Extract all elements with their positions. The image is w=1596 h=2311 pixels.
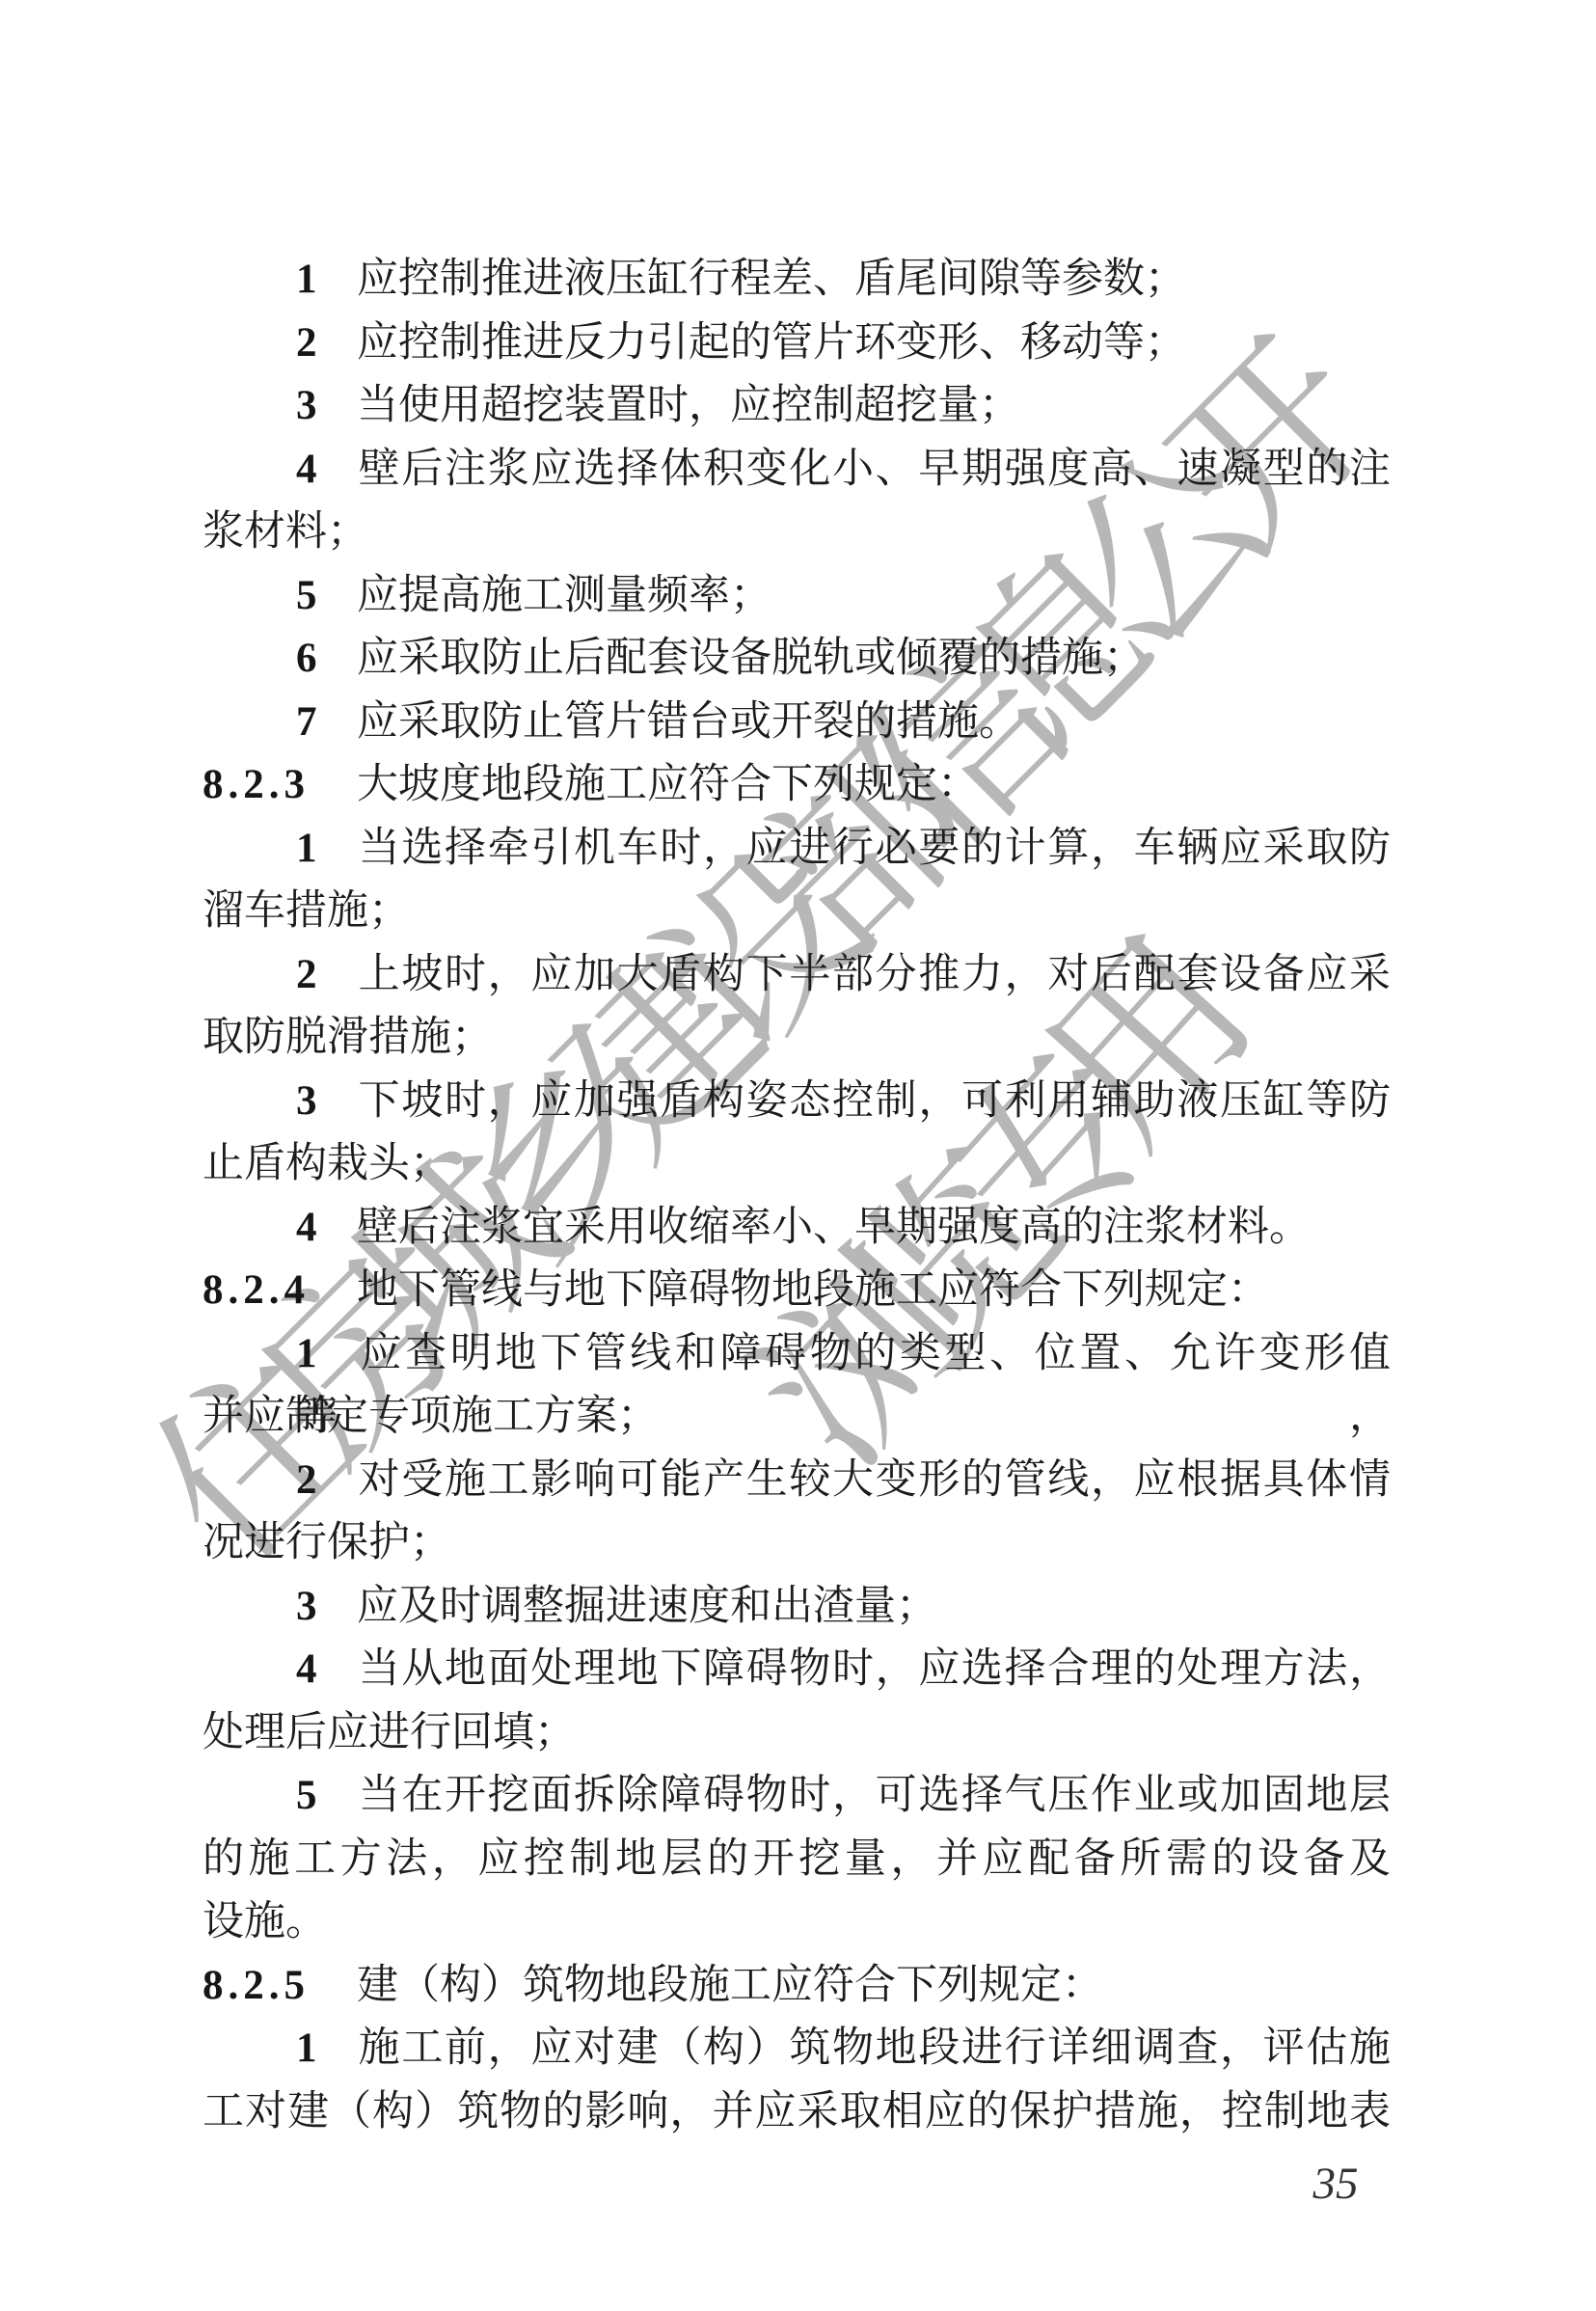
section-number: 8.2.3 [203, 753, 357, 817]
text-line: 2应控制推进反力引起的管片环变形、移动等； [203, 312, 1391, 375]
line-text: 取防脱滑措施； [203, 1015, 493, 1060]
line-text: 当选择牵引机车时，应进行必要的计算，车辆应采取防 [357, 826, 1391, 871]
line-text: 设施。 [203, 1899, 327, 1944]
line-text: 溜车措施； [203, 888, 410, 934]
text-line: 况进行保护； [203, 1511, 1391, 1575]
line-text: 止盾构栽头； [203, 1141, 451, 1186]
line-text: 应提高施工测量频率； [357, 573, 771, 618]
line-text: 大坡度地段施工应符合下列规定： [357, 762, 979, 807]
text-line: 的施工方法，应控制地层的开挖量，并应配备所需的设备及 [203, 1828, 1391, 1891]
text-line: 浆材料； [203, 501, 1391, 564]
section-line: 8.2.3大坡度地段施工应符合下列规定： [203, 753, 1391, 817]
line-text: 工对建（构）筑物的影响，并应采取相应的保护措施，控制地表 [203, 2089, 1391, 2134]
text-line: 取防脱滑措施； [203, 1006, 1391, 1070]
line-text: 应采取防止后配套设备脱轨或倾覆的措施； [357, 636, 1145, 681]
line-text: 况进行保护； [203, 1520, 451, 1565]
text-line: 7应采取防止管片错台或开裂的措施。 [203, 691, 1391, 754]
item-number: 1 [296, 817, 357, 881]
text-line: 2对受施工影响可能产生较大变形的管线，应根据具体情 [203, 1449, 1391, 1512]
line-text: 地下管线与地下障碍物地段施工应符合下列规定： [357, 1267, 1269, 1313]
line-text: 应控制推进反力引起的管片环变形、移动等； [357, 320, 1186, 366]
item-number: 2 [296, 943, 357, 1007]
text-line: 4壁后注浆宜采用收缩率小、早期强度高的注浆材料。 [203, 1196, 1391, 1260]
text-line: 1应控制推进液压缸行程差、盾尾间隙等参数； [203, 248, 1391, 312]
line-text: 对受施工影响可能产生较大变形的管线，应根据具体情 [357, 1457, 1391, 1503]
text-line: 处理后应进行回填； [203, 1701, 1391, 1765]
section-number: 8.2.4 [203, 1259, 357, 1322]
text-line: 1应查明地下管线和障碍物的类型、位置、允许变形值等， [203, 1322, 1391, 1386]
item-number: 4 [296, 438, 357, 502]
item-number: 3 [296, 374, 357, 438]
line-text: 处理后应进行回填； [203, 1710, 576, 1755]
line-text: 并应制定专项施工方案； [203, 1394, 659, 1439]
line-text: 当从地面处理地下障碍物时，应选择合理的处理方法， [357, 1646, 1391, 1692]
text-line: 溜车措施； [203, 880, 1391, 943]
page-number: 35 [1297, 2157, 1374, 2211]
text-line: 1当选择牵引机车时，应进行必要的计算，车辆应采取防 [203, 817, 1391, 881]
line-text: 施工前，应对建（构）筑物地段进行详细调查，评估施 [357, 2026, 1391, 2071]
text-line: 4当从地面处理地下障碍物时，应选择合理的处理方法， [203, 1638, 1391, 1701]
item-number: 2 [296, 312, 357, 375]
text-line: 3当使用超挖装置时，应控制超挖量； [203, 374, 1391, 438]
line-text: 壁后注浆应选择体积变化小、早期强度高、速凝型的注 [357, 447, 1391, 492]
item-number: 2 [296, 1449, 357, 1512]
line-text: 应采取防止管片错台或开裂的措施。 [357, 699, 1020, 745]
line-text: 壁后注浆宜采用收缩率小、早期强度高的注浆材料。 [357, 1205, 1311, 1250]
line-text: 下坡时，应加强盾构姿态控制，可利用辅助液压缸等防 [357, 1078, 1391, 1124]
item-number: 1 [296, 2017, 357, 2080]
text-line: 5应提高施工测量频率； [203, 564, 1391, 628]
item-number: 4 [296, 1638, 357, 1701]
item-number: 7 [296, 691, 357, 754]
item-number: 3 [296, 1575, 357, 1639]
item-number: 4 [296, 1196, 357, 1260]
text-line: 2上坡时，应加大盾构下半部分推力，对后配套设备应采 [203, 943, 1391, 1007]
text-line: 工对建（构）筑物的影响，并应采取相应的保护措施，控制地表 [203, 2080, 1391, 2144]
line-text: 应及时调整掘进速度和出渣量； [357, 1584, 937, 1629]
text-line: 3应及时调整掘进速度和出渣量； [203, 1575, 1391, 1639]
line-text: 上坡时，应加大盾构下半部分推力，对后配套设备应采 [357, 952, 1391, 997]
text-line: 1施工前，应对建（构）筑物地段进行详细调查，评估施 [203, 2017, 1391, 2080]
line-text: 应控制推进液压缸行程差、盾尾间隙等参数； [357, 257, 1186, 302]
text-line: 设施。 [203, 1890, 1391, 1954]
section-line: 8.2.4地下管线与地下障碍物地段施工应符合下列规定： [203, 1259, 1391, 1322]
item-number: 5 [296, 1764, 357, 1828]
line-text: 建（构）筑物地段施工应符合下列规定： [357, 1963, 1103, 2008]
text-block: 1应控制推进液压缸行程差、盾尾间隙等参数；2应控制推进反力引起的管片环变形、移动… [203, 248, 1391, 2143]
item-number: 1 [296, 248, 357, 312]
text-line: 止盾构栽头； [203, 1132, 1391, 1196]
document-page: { "page": { "number": "35", "watermark":… [0, 0, 1596, 2311]
section-number: 8.2.5 [203, 1954, 357, 2018]
text-line: 6应采取防止后配套设备脱轨或倾覆的措施； [203, 627, 1391, 691]
text-line: 4壁后注浆应选择体积变化小、早期强度高、速凝型的注 [203, 438, 1391, 502]
text-line: 3下坡时，应加强盾构姿态控制，可利用辅助液压缸等防 [203, 1070, 1391, 1133]
line-text: 当使用超挖装置时，应控制超挖量； [357, 383, 1020, 428]
item-number: 6 [296, 627, 357, 691]
text-line: 5当在开挖面拆除障碍物时，可选择气压作业或加固地层 [203, 1764, 1391, 1828]
line-text: 浆材料； [203, 509, 368, 555]
section-line: 8.2.5建（构）筑物地段施工应符合下列规定： [203, 1954, 1391, 2018]
item-number: 1 [296, 1322, 357, 1386]
item-number: 5 [296, 564, 357, 628]
line-text: 当在开挖面拆除障碍物时，可选择气压作业或加固地层 [357, 1773, 1391, 1818]
line-text: 的施工方法，应控制地层的开挖量，并应配备所需的设备及 [203, 1836, 1391, 1882]
item-number: 3 [296, 1070, 357, 1133]
